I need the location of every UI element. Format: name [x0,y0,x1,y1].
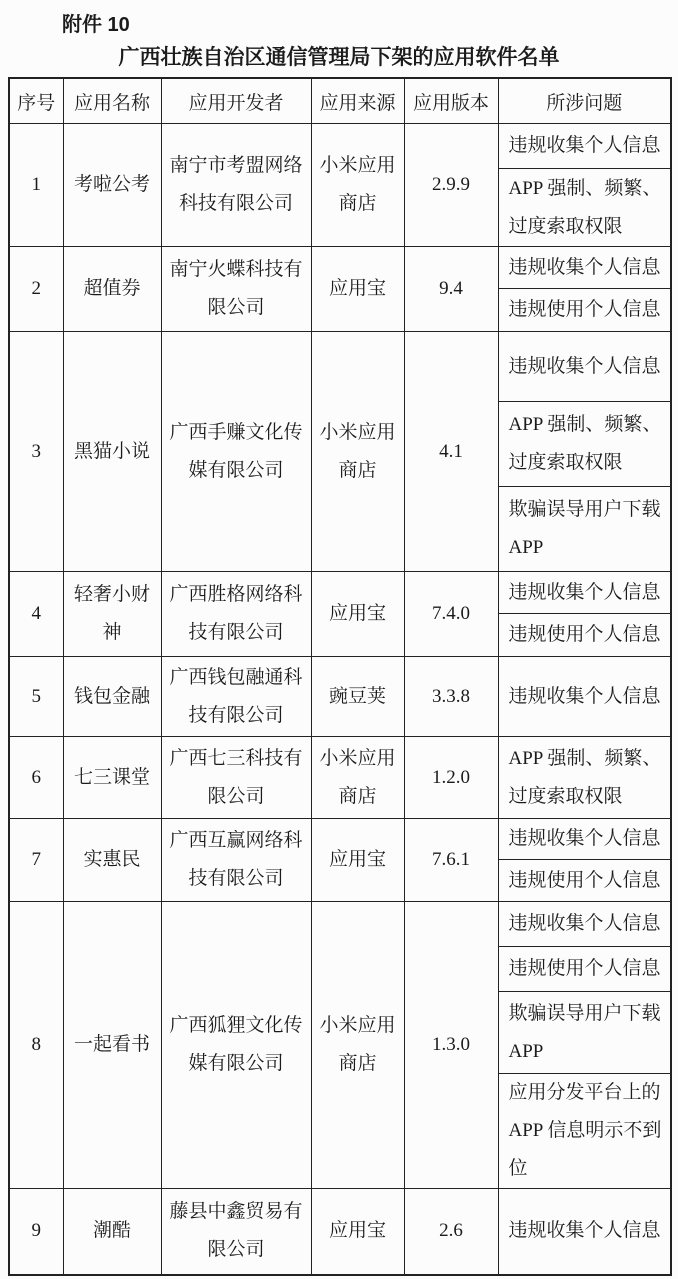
app-row-1-issue-1: 1考啦公考南宁市考盟网络科技有限公司小米应用商店2.9.9违规收集个人信息 [9,124,671,169]
issue-cell: 欺骗误导用户下载 APP [498,487,671,572]
issue-cell: APP 强制、频繁、过度索取权限 [498,402,671,487]
developer-cell: 南宁火蝶科技有限公司 [161,247,311,332]
source-cell: 小米应用商店 [311,124,404,247]
serial-cell: 5 [9,657,63,737]
issue-cell: 违规收集个人信息 [498,124,671,169]
source-cell: 小米应用商店 [311,332,404,572]
serial-cell: 4 [9,572,63,657]
issue-cell: 欺骗误导用户下载 APP [498,992,671,1074]
version-cell: 2.6 [404,1189,498,1275]
document-title: 广西壮族自治区通信管理局下架的应用软件名单 [0,41,678,71]
app-row-5-issue-1: 5钱包金融广西钱包融通科技有限公司豌豆荚3.3.8违规收集个人信息 [9,657,671,737]
serial-cell: 9 [9,1189,63,1275]
source-cell: 豌豆荚 [311,657,404,737]
issue-cell: 违规使用个人信息 [498,860,671,902]
issue-cell: APP 强制、频繁、过度索取权限 [498,737,671,819]
source-cell: 应用宝 [311,572,404,657]
app-name-cell: 黑猫小说 [63,332,161,572]
column-header-6: 所涉问题 [498,78,671,124]
app-name-cell: 七三课堂 [63,737,161,819]
app-name-cell: 考啦公考 [63,124,161,247]
version-cell: 4.1 [404,332,498,572]
app-row-8-issue-1: 8一起看书广西狐狸文化传媒有限公司小米应用商店1.3.0违规收集个人信息 [9,902,671,947]
app-row-9-issue-1: 9潮酷藤县中鑫贸易有限公司应用宝2.6违规收集个人信息 [9,1189,671,1275]
version-cell: 7.6.1 [404,819,498,902]
app-name-cell: 钱包金融 [63,657,161,737]
version-cell: 3.3.8 [404,657,498,737]
issue-cell: 违规使用个人信息 [498,289,671,332]
column-header-3: 应用开发者 [161,78,311,124]
serial-cell: 8 [9,902,63,1189]
issue-cell: 违规收集个人信息 [498,332,671,402]
source-cell: 应用宝 [311,819,404,902]
app-row-6-issue-1: 6七三课堂广西七三科技有限公司小米应用商店1.2.0APP 强制、频繁、过度索取… [9,737,671,819]
serial-cell: 3 [9,332,63,572]
issue-cell: 违规收集个人信息 [498,657,671,737]
serial-cell: 1 [9,124,63,247]
issue-cell: 违规使用个人信息 [498,947,671,992]
source-cell: 应用宝 [311,247,404,332]
app-name-cell: 潮酷 [63,1189,161,1275]
issue-cell: 应用分发平台上的 APP 信息明示不到位 [498,1074,671,1189]
table-header: 序号应用名称应用开发者应用来源应用版本所涉问题 [9,78,671,124]
source-cell: 应用宝 [311,1189,404,1275]
app-row-3-issue-1: 3黑猫小说广西手赚文化传媒有限公司小米应用商店4.1违规收集个人信息 [9,332,671,402]
column-header-1: 序号 [9,78,63,124]
version-cell: 1.3.0 [404,902,498,1189]
issue-cell: 违规使用个人信息 [498,614,671,657]
app-name-cell: 一起看书 [63,902,161,1189]
version-cell: 9.4 [404,247,498,332]
developer-cell: 广西胜格网络科技有限公司 [161,572,311,657]
column-header-2: 应用名称 [63,78,161,124]
app-row-7-issue-1: 7实惠民广西互赢网络科技有限公司应用宝7.6.1违规收集个人信息 [9,819,671,860]
version-cell: 2.9.9 [404,124,498,247]
version-cell: 1.2.0 [404,737,498,819]
app-name-cell: 轻奢小财神 [63,572,161,657]
header-row: 序号应用名称应用开发者应用来源应用版本所涉问题 [9,78,671,124]
developer-cell: 藤县中鑫贸易有限公司 [161,1189,311,1275]
issue-cell: 违规收集个人信息 [498,902,671,947]
issue-cell: APP 强制、频繁、过度索取权限 [498,169,671,247]
issue-cell: 违规收集个人信息 [498,819,671,860]
issue-cell: 违规收集个人信息 [498,572,671,614]
developer-cell: 南宁市考盟网络科技有限公司 [161,124,311,247]
source-cell: 小米应用商店 [311,737,404,819]
developer-cell: 广西互赢网络科技有限公司 [161,819,311,902]
developer-cell: 广西七三科技有限公司 [161,737,311,819]
app-row-2-issue-1: 2超值券南宁火蝶科技有限公司应用宝9.4违规收集个人信息 [9,247,671,289]
issue-cell: 违规收集个人信息 [498,247,671,289]
developer-cell: 广西钱包融通科技有限公司 [161,657,311,737]
removed-apps-table: 序号应用名称应用开发者应用来源应用版本所涉问题 1考啦公考南宁市考盟网络科技有限… [8,77,672,1276]
app-name-cell: 实惠民 [63,819,161,902]
attachment-label: 附件 10 [62,8,130,37]
column-header-4: 应用来源 [311,78,404,124]
serial-cell: 6 [9,737,63,819]
serial-cell: 2 [9,247,63,332]
app-name-cell: 超值券 [63,247,161,332]
developer-cell: 广西手赚文化传媒有限公司 [161,332,311,572]
column-header-5: 应用版本 [404,78,498,124]
serial-cell: 7 [9,819,63,902]
table-body: 1考啦公考南宁市考盟网络科技有限公司小米应用商店2.9.9违规收集个人信息APP… [9,124,671,1275]
issue-cell: 违规收集个人信息 [498,1189,671,1275]
developer-cell: 广西狐狸文化传媒有限公司 [161,902,311,1189]
version-cell: 7.4.0 [404,572,498,657]
app-row-4-issue-1: 4轻奢小财神广西胜格网络科技有限公司应用宝7.4.0违规收集个人信息 [9,572,671,614]
source-cell: 小米应用商店 [311,902,404,1189]
